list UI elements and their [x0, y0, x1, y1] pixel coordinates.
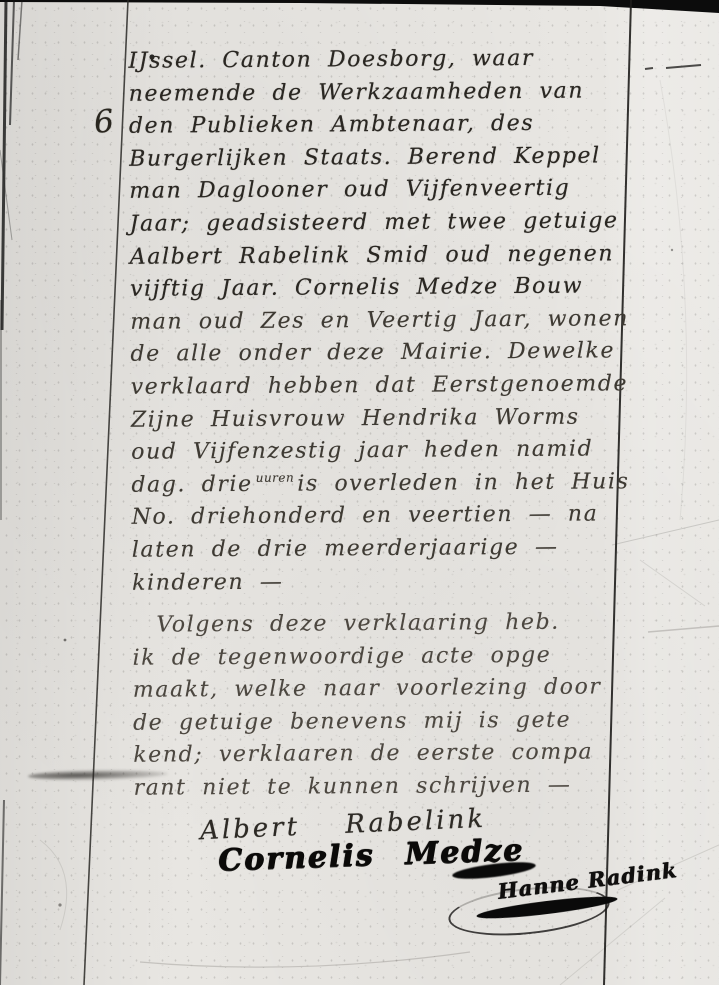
margin-entry-number: 6 [92, 103, 115, 141]
manuscript-line: ik de tegenwoordige acte opge [133, 639, 629, 675]
manuscript-line: neemende de Werkzaamheden van [129, 75, 625, 111]
manuscript-line: den Publieken Ambtenaar, des [129, 107, 625, 143]
manuscript-line: de alle onder deze Mairie. Dewelke [130, 336, 626, 372]
manuscript-line: de getuige benevens mij is gete [133, 704, 629, 740]
manuscript-line: kinderen — [132, 564, 628, 600]
manuscript-line: Aalbert Rabelink Smid oud negenen [130, 238, 626, 274]
scanned-record-page: 6 IJssel. Canton Doesborg, waar neemende… [0, 0, 719, 985]
hour-line-pre: dag. drie [131, 472, 252, 498]
manuscript-line-with-superscript: dag. drieuurenis overleden in het Huis [131, 466, 627, 502]
hour-superscript: uuren [256, 470, 295, 484]
manuscript-line: No. driehonderd en veertien — na [132, 499, 628, 535]
manuscript-line: man Daglooner oud Vijfenveertig [129, 173, 625, 209]
pen-dash-marks [645, 65, 701, 69]
manuscript-line: kend; verklaaren de eerste compa [133, 737, 629, 773]
manuscript-line: rant niet te kunnen schrijven — [133, 769, 629, 805]
manuscript-line: Jaar; geadsisteerd met twee getuige [129, 205, 625, 241]
manuscript-line: vijftig Jaar. Cornelis Medze Bouw [130, 270, 626, 306]
manuscript-line: Burgerlijken Staats. Berend Keppel [129, 140, 625, 176]
manuscript-line: laten de drie meerderjaarige — [132, 531, 628, 567]
hour-line-post: is overleden in het Huis [297, 469, 629, 496]
manuscript-line: Volgens deze verklaaring heb. [132, 606, 628, 642]
manuscript-line: IJssel. Canton Doesborg, waar [128, 42, 624, 78]
manuscript-line: verklaard hebben dat Eerstgenoemde [131, 368, 627, 404]
manuscript-text-block: IJssel. Canton Doesborg, waar neemende d… [128, 42, 629, 805]
manuscript-line: maakt, welke naar voorlezing door [133, 672, 629, 708]
manuscript-line: man oud Zes en Veertig Jaar, wonen [130, 303, 626, 339]
binding-edge-marks [0, 0, 22, 985]
manuscript-line: Zijne Huisvrouw Hendrika Worms [131, 401, 627, 437]
margin-rule-left [84, 0, 128, 985]
manuscript-line: oud Vijfenzestig jaar heden namid [131, 433, 627, 469]
scan-edge-top [0, 0, 719, 13]
